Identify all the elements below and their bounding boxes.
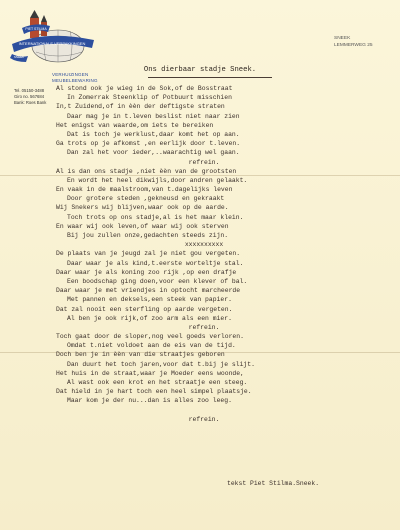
poem-line: Al wast ook een krot en het straatje een… <box>56 378 376 387</box>
poem-line <box>56 406 376 415</box>
poem-line: Al ben je ook rijk,of zoo arm als een mi… <box>56 314 376 323</box>
poem-line: Het enigst van waarde,om iets te bereike… <box>56 121 376 130</box>
poem-line: Omdat t.niet voldoet aan de eis van de t… <box>56 341 376 350</box>
poem-line: Al is dan ons stadje ,niet èèn van de gr… <box>56 167 376 176</box>
contact-bank: Bank: Roes Bank <box>14 100 46 106</box>
poem-line: Daar waar je met vriendjes in optocht ma… <box>56 286 376 295</box>
poem-body: Al stond ook je wieg in de Sok,of de Bos… <box>56 84 376 424</box>
poem-line: In,t Zuidend,of in èèn der deftigste str… <box>56 102 376 111</box>
poem-line: Het huis in de straat,waar je Moeder een… <box>56 369 376 378</box>
svg-text:SNEEK: SNEEK <box>14 55 24 59</box>
poem-line: Daar mag je in t.leven beslist niet naar… <box>56 112 376 121</box>
poem-section-marker: xxxxxxxxxx <box>32 240 376 249</box>
poem-line: Ga trots op je afkomst ,en eerlijk door … <box>56 139 376 148</box>
poem-line: Een boodschap ging doen,voor een klever … <box>56 277 376 286</box>
address-city: SNEEK <box>334 35 373 42</box>
poem-line: In Zomerrak Steenklip of Potbuurt missch… <box>56 93 376 102</box>
poem-line: Toch trots op ons stadje,al is het maar … <box>56 213 376 222</box>
poem-line: Dan zal het voor ieder,..waarachtig wel … <box>56 148 376 157</box>
poem-line: Dat is toch je werklust,daar komt het op… <box>56 130 376 139</box>
poem-line: En vaak in de maalstroom,van t.dagelijks… <box>56 185 376 194</box>
poem-line: Daar waar je als kind,t.eerste worteltje… <box>56 259 376 268</box>
company-contact-info: Tel. 05150-3488 Giro no. 567684 Bank: Ro… <box>14 88 46 106</box>
svg-text:INTERNATIONALE VERPAKKINGEN: INTERNATIONALE VERPAKKINGEN <box>19 41 86 46</box>
poem-line: Door grotere steden ,gekneusd en gekraak… <box>56 194 376 203</box>
poem-line: Wij Snekers wij blijven,waar ook op de a… <box>56 203 376 212</box>
poem-line: Dan duurt het toch jaren,voor dat t.bij … <box>56 360 376 369</box>
company-logo-globe-icon: INTERNATIONALE VERPAKKINGEN PIET STILMA … <box>6 8 98 68</box>
poem-line: Met pannen en deksels,een steek van papi… <box>56 295 376 304</box>
poem-section-marker: refrein. <box>32 415 376 424</box>
poem-line: En wordt het heel dikwijls,door andren g… <box>56 176 376 185</box>
author-credit: tekst Piet Stilma.Sneek. <box>227 480 319 487</box>
title-underline <box>148 77 272 78</box>
poem-line: Dat hield in je hart toch een heel simpe… <box>56 387 376 396</box>
poem-title: Ons dierbaar stadje Sneek. <box>0 66 400 74</box>
poem-line: Dat zal nooit een sterfling op aarde ver… <box>56 305 376 314</box>
poem-line: Doch ben je in èèn van die straatjes geb… <box>56 350 376 359</box>
company-address: SNEEK LEMMERWEG 25 <box>334 35 373 49</box>
address-street: LEMMERWEG 25 <box>334 42 373 49</box>
svg-text:PIET STILMA: PIET STILMA <box>25 27 47 31</box>
poem-line: De plaats van je jeugd zal je niet gou v… <box>56 249 376 258</box>
poem-line: Al stond ook je wieg in de Sok,of de Bos… <box>56 84 376 93</box>
poem-line: Daar waar je als koning zoo rijk ,op een… <box>56 268 376 277</box>
poem-line: En waar wij ook leven,of waar wij ook st… <box>56 222 376 231</box>
poem-line: Toch gaat door de sloper,nog veel goeds … <box>56 332 376 341</box>
poem-line: Maar kom je der nu...dan is alles zoo le… <box>56 396 376 405</box>
poem-section-marker: refrein. <box>32 158 376 167</box>
poem-line: Bij jou zullen onze,gedachten steeds zij… <box>56 231 376 240</box>
poem-section-marker: refrein. <box>32 323 376 332</box>
